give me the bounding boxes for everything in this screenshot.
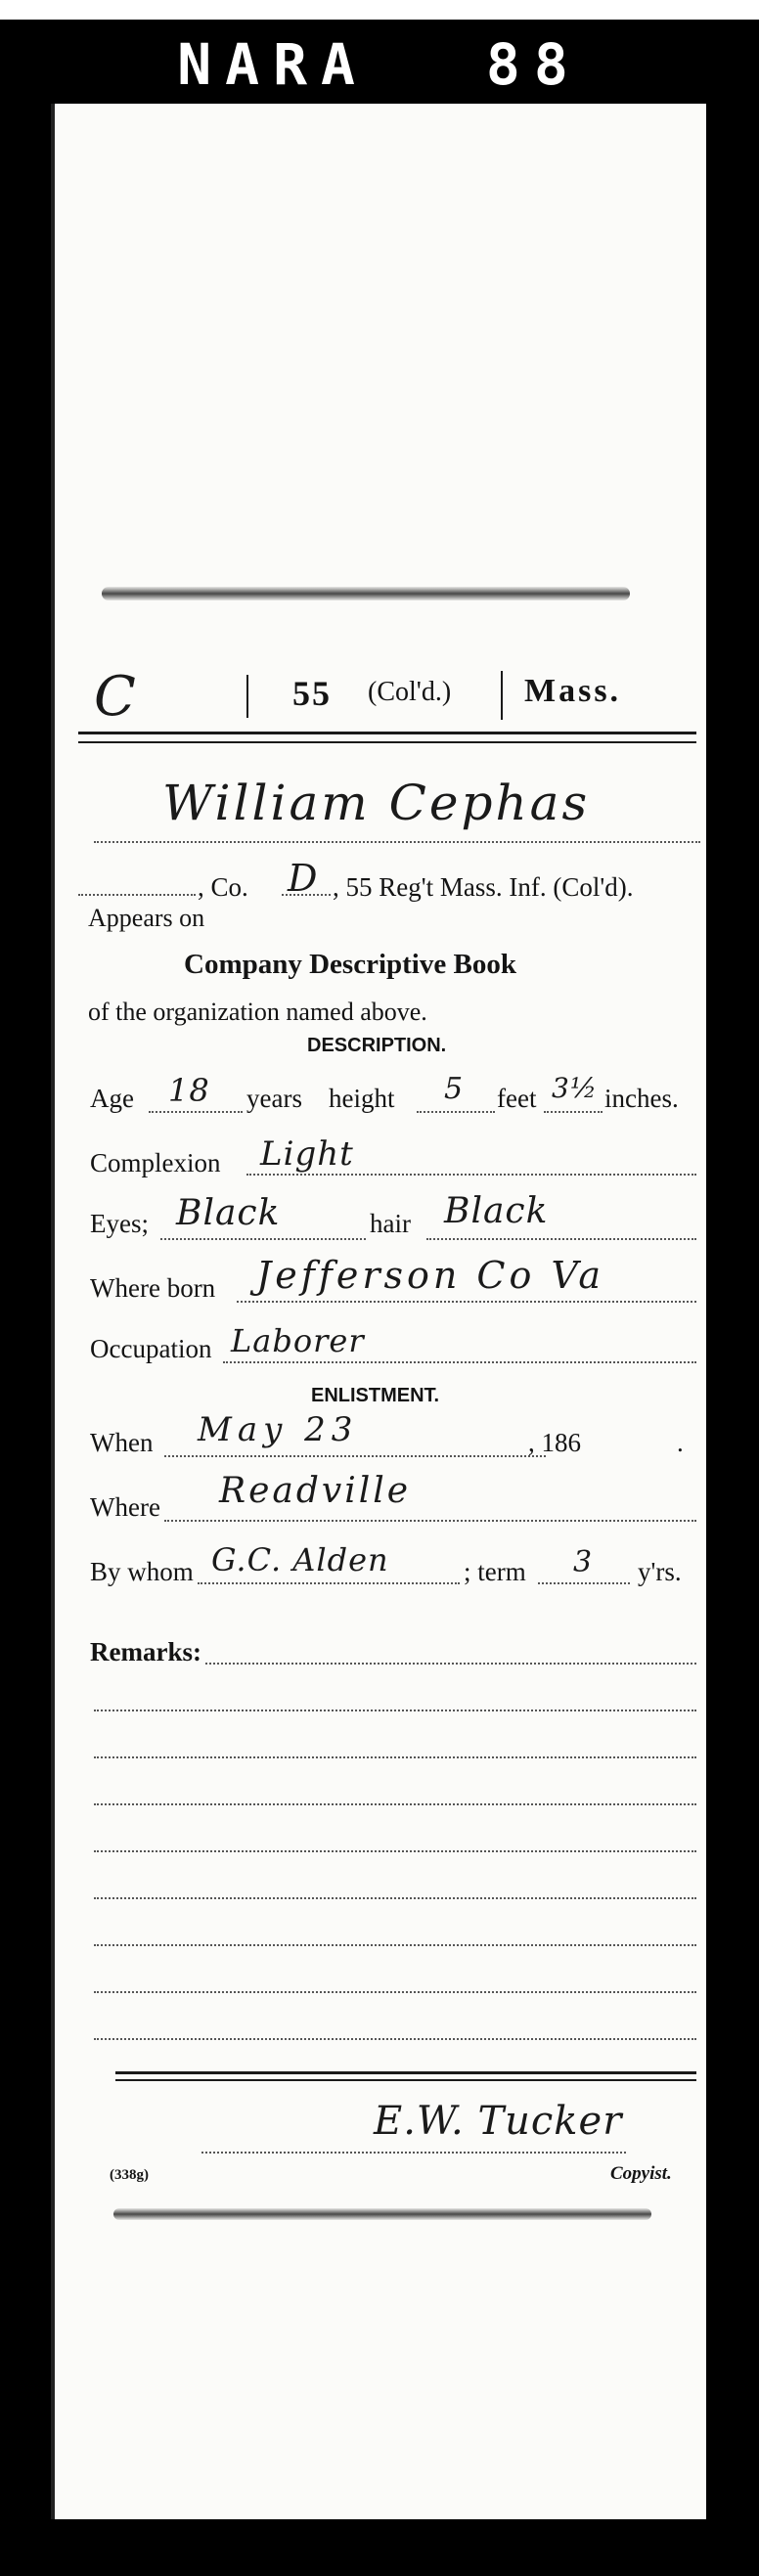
when-label: When: [90, 1428, 153, 1458]
remarks-line-2: [94, 1710, 696, 1711]
remarks-label: Remarks:: [90, 1637, 201, 1667]
remarks-line-6: [94, 1897, 696, 1899]
by-whom-line: [198, 1582, 460, 1584]
frame-number: 88: [486, 31, 582, 98]
fold-shadow-top: [102, 587, 630, 600]
eyes-label: Eyes;: [90, 1209, 149, 1239]
eyes-value: Black: [176, 1193, 280, 1233]
age-line: [149, 1111, 243, 1113]
age-value: 18: [168, 1072, 210, 1109]
soldier-name: William Cephas: [162, 775, 590, 831]
archive-frame-label: NARA88: [0, 31, 759, 98]
height-feet-value: 5: [444, 1072, 464, 1106]
name-line: [94, 841, 700, 843]
state-name: Mass.: [524, 673, 621, 710]
appears-on-text: Appears on: [88, 904, 204, 933]
copyist-line: [201, 2152, 626, 2154]
enlistment-heading: ENLISTMENT.: [311, 1385, 439, 1407]
header-rule-top: [78, 732, 696, 734]
company-letter: C: [94, 665, 137, 729]
remarks-line-8: [94, 1991, 696, 1993]
co-label: , Co.: [198, 872, 248, 903]
archive-name: NARA: [177, 31, 369, 98]
footer-rule-top: [115, 2071, 696, 2074]
hair-value: Black: [444, 1191, 548, 1231]
height-label: height: [329, 1084, 395, 1114]
term-line: [538, 1582, 630, 1584]
occupation-label: Occupation: [90, 1334, 211, 1364]
copyist-label: Copyist.: [610, 2163, 672, 2185]
remarks-line-4: [94, 1803, 696, 1805]
remarks-line-1: [205, 1663, 696, 1665]
hair-label: hair: [370, 1209, 411, 1239]
remarks-line-3: [94, 1756, 696, 1758]
eyes-line: [160, 1238, 366, 1240]
occupation-line: [223, 1361, 696, 1363]
when-value: May 23: [198, 1410, 358, 1449]
born-line: [237, 1301, 696, 1303]
org-named-text: of the organization named above.: [88, 998, 427, 1027]
inches-label: inches.: [604, 1084, 679, 1114]
born-label: Where born: [90, 1273, 215, 1304]
where-value: Readville: [219, 1471, 411, 1511]
where-line: [164, 1520, 696, 1522]
header-rule-bottom: [78, 741, 696, 743]
description-heading: DESCRIPTION.: [307, 1035, 446, 1057]
by-whom-label: By whom: [90, 1557, 194, 1587]
co-value-line: [282, 894, 331, 896]
regiment-qualifier: (Col'd.): [368, 677, 451, 708]
footer-rule-bottom: [115, 2079, 696, 2081]
regiment-number: 55: [292, 673, 332, 714]
height-feet-line: [417, 1111, 495, 1113]
term-unit: y'rs.: [638, 1557, 682, 1587]
form-number: (338g): [110, 2167, 149, 2184]
height-inches-value: 3½: [552, 1072, 598, 1104]
regiment-line: , 55 Reg't Mass. Inf. (Col'd).: [333, 872, 633, 903]
occupation-value: Laborer: [231, 1322, 365, 1359]
born-value: Jefferson Co Va: [256, 1254, 604, 1297]
term-label: ; term: [464, 1557, 526, 1587]
term-value: 3: [573, 1545, 593, 1579]
age-label: Age: [90, 1084, 134, 1114]
copyist-signature: E.W. Tucker: [374, 2099, 622, 2144]
year-suffix: .: [677, 1428, 684, 1458]
when-line: [164, 1455, 546, 1457]
remarks-line-5: [94, 1850, 696, 1852]
complexion-label: Complexion: [90, 1148, 221, 1178]
descriptive-card: C 55 (Col'd.) Mass. William Cephas , Co.…: [51, 104, 706, 2519]
header-divider-2: [501, 671, 503, 720]
complexion-line: [246, 1174, 696, 1176]
height-inches-line: [544, 1111, 603, 1113]
remarks-line-9: [94, 2038, 696, 2040]
co-leading-line: [78, 894, 196, 896]
header-divider-1: [246, 675, 248, 718]
top-margin: [0, 0, 759, 20]
where-label: Where: [90, 1492, 160, 1523]
book-title: Company Descriptive Book: [184, 949, 516, 981]
fold-shadow-bottom: [113, 2208, 651, 2220]
by-whom-value: G.C. Alden: [211, 1541, 389, 1578]
hair-line: [426, 1238, 696, 1240]
years-label: years: [246, 1084, 302, 1114]
complexion-value: Light: [260, 1134, 354, 1174]
year-prefix: , 186: [528, 1428, 581, 1458]
feet-label: feet: [497, 1084, 536, 1114]
remarks-line-7: [94, 1944, 696, 1946]
